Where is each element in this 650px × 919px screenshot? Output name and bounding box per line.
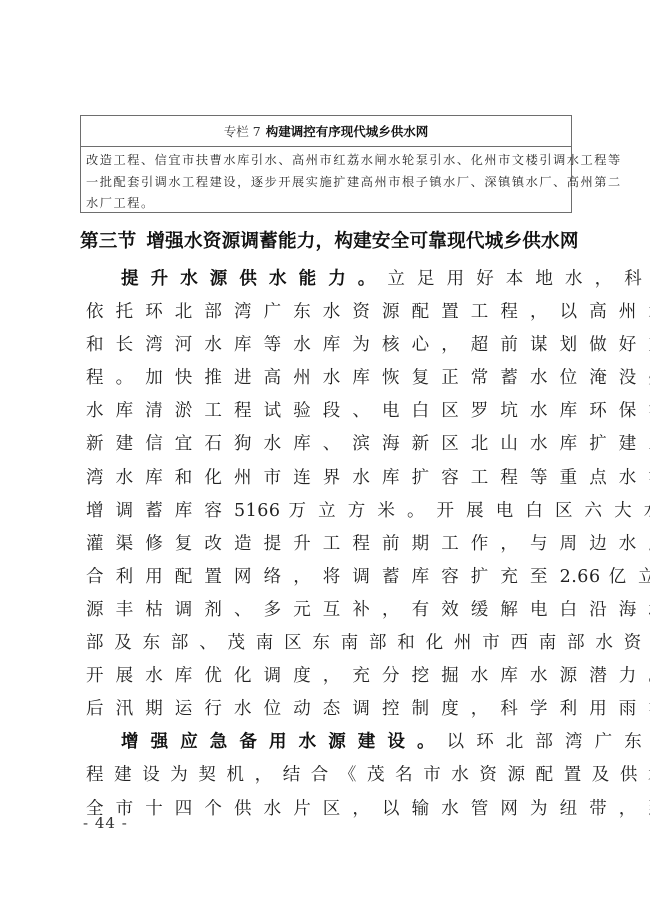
paragraph-line: 合利用配置网络，将调蓄库容扩充至2.66亿立方米，实现水 — [86, 561, 576, 594]
paragraph-lead: 提升水源供水能力。 — [121, 269, 387, 289]
paragraph-line: 程建设为契机，结合《茂名市水资源配置及供水规划》，统筹 — [86, 759, 576, 792]
sidebar-box-body: 改造工程、信宜市扶曹水库引水、高州市红荔水闸水轮泵引水、化州市文楼引调水工程等 … — [81, 147, 571, 215]
section-heading: 第三节增强水资源调蓄能力，构建安全可靠现代城乡供水网 — [80, 228, 580, 256]
sidebar-box-column-7: 专栏 7 构建调控有序现代城乡供水网 改造工程、信宜市扶曹水库引水、高州市红荔水… — [80, 115, 572, 213]
paragraph-line: 增强应急备用水源建设。以环北部湾广东水资源配置工 — [86, 726, 576, 759]
value-storage-capacity: 5166 — [234, 501, 281, 521]
paragraph-line: 水库清淤工程试验段、电白区罗坑水库环保清淤扩容工程、 — [86, 395, 576, 428]
section-number: 第三节 — [80, 231, 136, 252]
paragraph-line: 增调蓄库容5166万立方米。开展电白区六大水系水资源整合 — [86, 495, 576, 528]
paragraph-line: 和长湾河水库等水库为核心，超前谋划做好重点水源调蓄工 — [86, 329, 576, 362]
paragraph-line: 全市十四个供水片区，以输水管网为纽带，到2025年开展茂 — [86, 793, 576, 826]
paragraph-line: 新建信宜石狗水库、滨海新区北山水库扩建工程、电白区河 — [86, 428, 576, 461]
paragraph-line: 湾水库和化州市连界水库扩容工程等重点水源工程建设，新 — [86, 462, 576, 495]
paragraph-line: 灌渠修复改造提升工程前期工作，与周边水库组建水资源综 — [86, 528, 576, 561]
sidebar-box-title: 构建调控有序现代城乡供水网 — [266, 122, 429, 140]
paragraph-line: 程。加快推进高州水库恢复正常蓄水位淹没处理项目、高州 — [86, 362, 576, 395]
document-page: 专栏 7 构建调控有序现代城乡供水网 改造工程、信宜市扶曹水库引水、高州市红荔水… — [0, 0, 650, 919]
sidebar-box-line: 改造工程、信宜市扶曹水库引水、高州市红荔水闸水轮泵引水、化州市文楼引调水工程等 — [86, 150, 567, 172]
sidebar-box-label: 专栏 7 — [224, 122, 261, 140]
paragraph-line: 提升水源供水能力。立足用好本地水，科学利用外调水， — [86, 263, 576, 296]
value-total-capacity: 2.66 — [560, 567, 601, 587]
sidebar-box-header: 专栏 7 构建调控有序现代城乡供水网 — [81, 116, 571, 147]
page-number: - 44 - — [83, 814, 128, 832]
sidebar-box-line: 水厂工程。 — [86, 193, 567, 215]
paragraph-line: 依托环北部湾广东水资源配置工程，以高州水库、罗坑水库 — [86, 296, 576, 329]
paragraph-line: 部及东部、茂南区东南部和化州市西南部水资源短缺的问题。 — [86, 627, 576, 660]
section-title: 增强水资源调蓄能力，构建安全可靠现代城乡供水网 — [146, 231, 578, 252]
sidebar-box-line: 一批配套引调水工程建设，逐步开展实施扩建高州市根子镇水厂、深镇镇水厂、高州第二 — [86, 172, 567, 194]
paragraph-line: 源丰枯调剂、多元互补，有效缓解电白沿海地区、高州市西 — [86, 594, 576, 627]
paragraph-line: 后汛期运行水位动态调控制度，科学利用雨洪资源。 — [86, 693, 576, 726]
paragraph-line: 开展水库优化调度，充分挖掘水库水源潜力。建立完善水库 — [86, 660, 576, 693]
body-text: 提升水源供水能力。立足用好本地水，科学利用外调水， 依托环北部湾广东水资源配置工… — [86, 263, 576, 826]
paragraph-lead: 增强应急备用水源建设。 — [121, 732, 447, 752]
